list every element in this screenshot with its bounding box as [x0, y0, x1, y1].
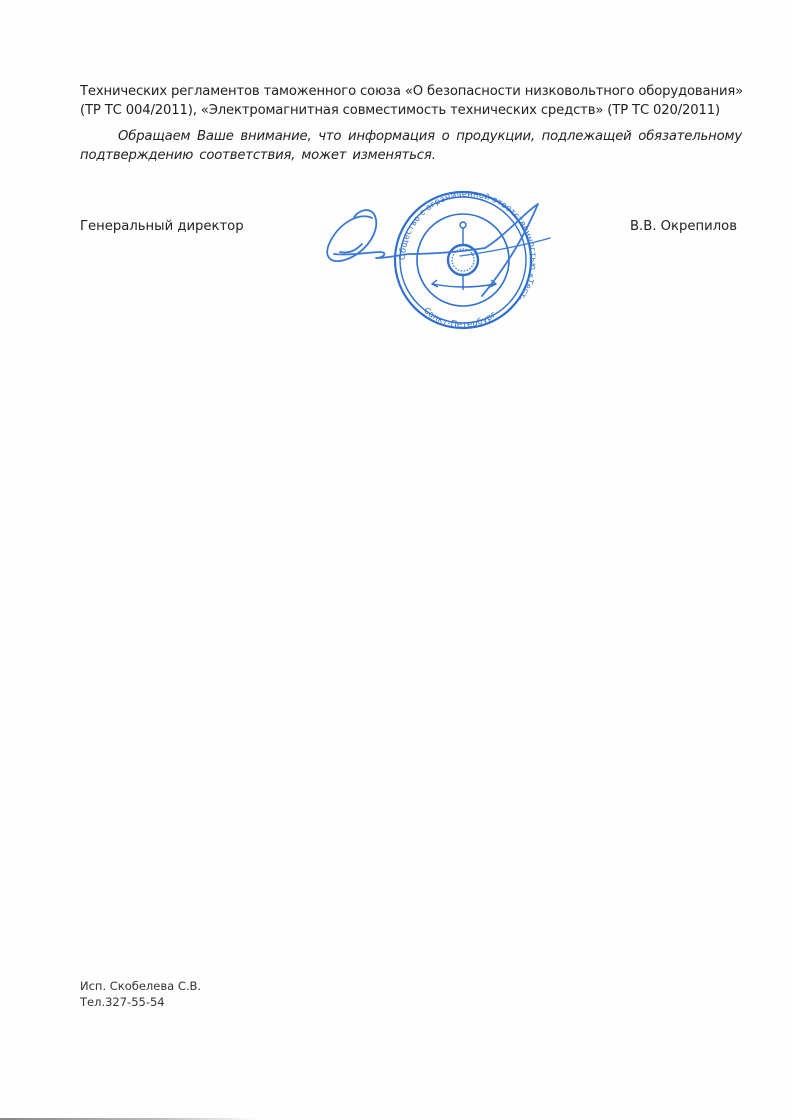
- document-page: Технических регламентов таможенного союз…: [0, 0, 792, 1120]
- paragraph-line: подтверждению соответствия, может изменя…: [80, 146, 742, 165]
- paragraph-line: (ТР ТС 004/2011), «Электромагнитная совм…: [80, 101, 742, 120]
- notice-paragraph: Обращаем Ваше внимание, что информация о…: [80, 127, 742, 165]
- signer-position: Генеральный директор: [80, 219, 244, 234]
- executor-block: Исп. Скобелева С.В. Тел.327-55-54: [80, 978, 201, 1010]
- regulations-paragraph: Технических регламентов таможенного союз…: [80, 82, 742, 120]
- svg-text:Общество с ограниченной ответс: Общество с ограниченной ответственностью…: [310, 172, 539, 303]
- paragraph-line: Обращаем Ваше внимание, что информация о…: [80, 127, 742, 146]
- stamp-and-signature: Общество с ограниченной ответственностью…: [310, 172, 570, 342]
- signer-name: В.В. Окрепилов: [630, 219, 737, 234]
- stamp-bottom-text: Санкт-Петербург: [421, 306, 499, 331]
- executor-name: Исп. Скобелева С.В.: [80, 978, 201, 994]
- stamp-outer-text: Общество с ограниченной ответственностью…: [310, 172, 539, 303]
- paragraph-line: Технических регламентов таможенного союз…: [80, 82, 742, 101]
- notice-line-text: Обращаем Ваше внимание, что информация о…: [118, 129, 742, 144]
- svg-text:Санкт-Петербург: Санкт-Петербург: [421, 306, 499, 331]
- executor-phone: Тел.327-55-54: [80, 994, 201, 1010]
